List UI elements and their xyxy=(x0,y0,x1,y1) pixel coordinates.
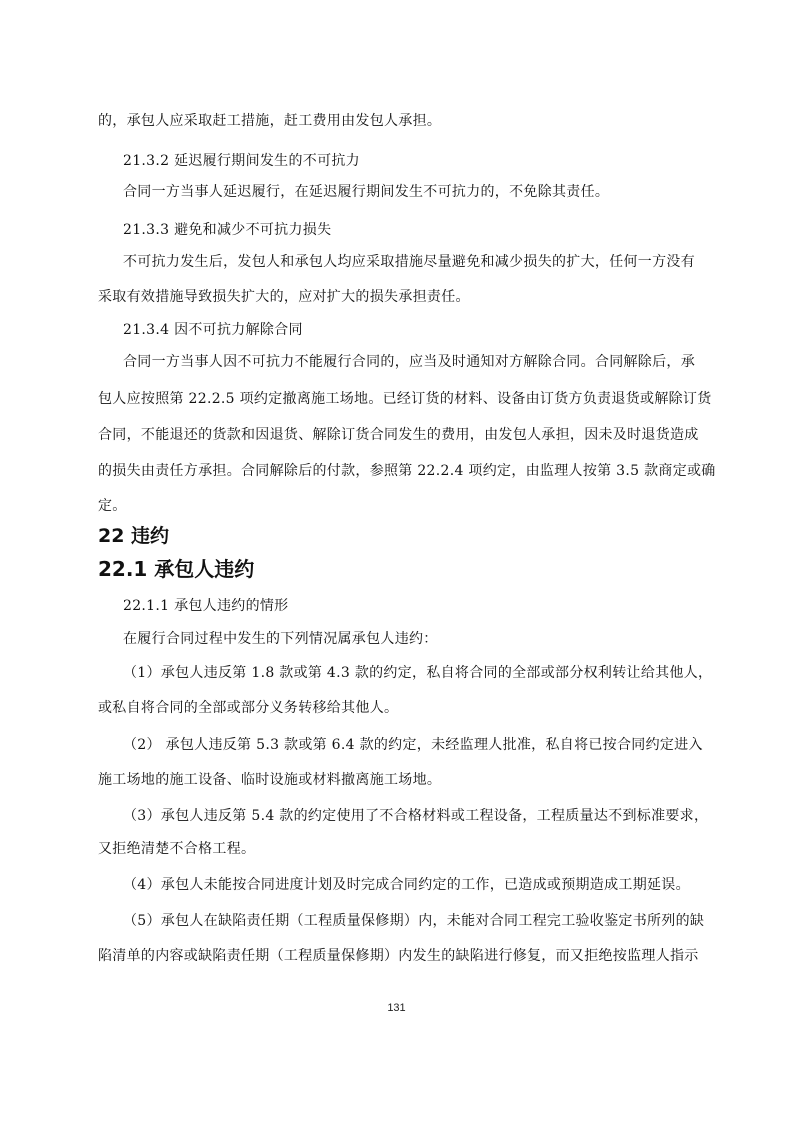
text-line: 陷清单的内容或缺陷责任期（工程质量保修期）内发生的缺陷进行修复，而又拒绝按监理人… xyxy=(98,947,699,965)
text-line: 不可抗力发生后，发包人和承包人均应采取措施尽量避免和减少损失的扩大，任何一方没有 xyxy=(123,253,695,271)
text-line: 21.3.3 避免和减少不可抗力损失 xyxy=(123,221,331,239)
text-line: 在履行合同过程中发生的下列情况属承包人违约： xyxy=(123,630,438,648)
text-line: 合同一方当事人延迟履行，在延迟履行期间发生不可抗力的，不免除其责任。 xyxy=(123,183,609,201)
text-line: （1）承包人违反第 1.8 款或第 4.3 款的约定，私自将合同的全部或部分权利… xyxy=(123,664,712,682)
subsection-heading: 22.1 承包人违约 xyxy=(98,557,254,581)
text-line: （4）承包人未能按合同进度计划及时完成合同约定的工作，已造成或预期造成工期延误。 xyxy=(123,876,690,894)
text-line: （5）承包人在缺陷责任期（工程质量保修期）内，未能对合同工程完工验收鉴定书所列的… xyxy=(123,912,704,930)
text-line: 合同，不能退还的货款和因退货、解除订货合同发生的费用，由发包人承担，因未及时退货… xyxy=(98,426,699,444)
text-line: 或私自将合同的全部或部分义务转移给其他人。 xyxy=(98,699,398,717)
text-line: 采取有效措施导致损失扩大的，应对扩大的损失承担责任。 xyxy=(98,288,470,306)
text-line: 22.1.1 承包人违约的情形 xyxy=(123,597,288,615)
section-heading: 22 违约 xyxy=(98,524,169,548)
text-line: 施工场地的施工设备、临时设施或材料撤离施工场地。 xyxy=(98,771,441,789)
text-line: 包人应按照第 22.2.5 项约定撤离施工场地。已经订货的材料、设备由订货方负责… xyxy=(98,390,712,408)
document-page: 的，承包人应采取赶工措施，赶工费用由发包人承担。21.3.2 延迟履行期间发生的… xyxy=(0,0,793,1122)
text-line: 21.3.4 因不可抗力解除合同 xyxy=(123,321,303,339)
text-line: 的，承包人应采取赶工措施，赶工费用由发包人承担。 xyxy=(98,112,441,130)
text-line: （2） 承包人违反第 5.3 款或第 6.4 款的约定，未经监理人批准，私自将已… xyxy=(123,736,703,754)
text-line: （3）承包人违反第 5.4 款的约定使用了不合格材料或工程设备，工程质量达不到标… xyxy=(123,807,708,825)
page-number: 131 xyxy=(0,1002,793,1014)
text-line: 定。 xyxy=(98,497,127,515)
text-line: 的损失由责任方承担。合同解除后的付款，参照第 22.2.4 项约定，由监理人按第… xyxy=(98,462,716,480)
text-line: 合同一方当事人因不可抗力不能履行合同的，应当及时通知对方解除合同。合同解除后，承 xyxy=(123,353,695,371)
text-line: 又拒绝清楚不合格工程。 xyxy=(98,840,255,858)
text-line: 21.3.2 延迟履行期间发生的不可抗力 xyxy=(123,152,360,170)
